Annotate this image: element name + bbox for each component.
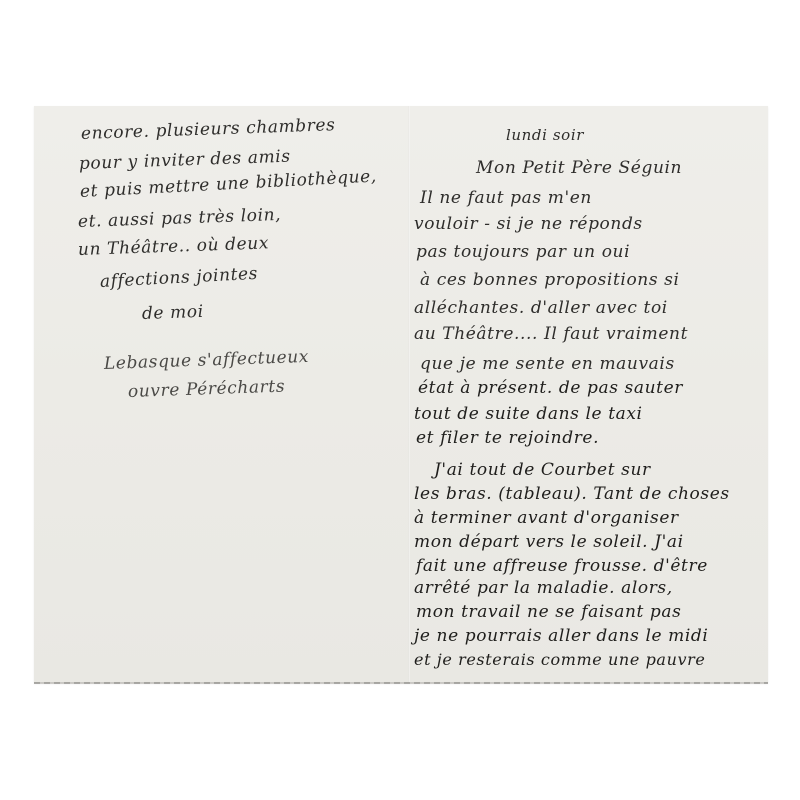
salutation: Mon Petit Père Séguin: [476, 158, 682, 178]
right-line-13: à terminer avant d'organiser: [414, 508, 679, 528]
right-line-16: arrêté par la maladie. alors,: [414, 578, 673, 598]
right-line-15: fait une affreuse frousse. d'être: [416, 556, 708, 576]
right-line-2: vouloir - si je ne réponds: [414, 214, 643, 234]
right-line-7: que je me sente en mauvais: [420, 354, 675, 374]
right-line-1: Il ne faut pas m'en: [420, 188, 592, 208]
left-line-8: Lebasque s'affectueux: [104, 347, 310, 374]
right-line-5: alléchantes. d'aller avec toi: [414, 298, 668, 318]
right-line-10: et filer te rejoindre.: [416, 428, 599, 448]
right-line-18: je ne pourrais aller dans le midi: [414, 626, 708, 646]
left-line-2: pour y inviter des amis: [79, 147, 291, 174]
right-page: lundi soir Mon Petit Père Séguin Il ne f…: [410, 106, 768, 683]
right-line-12: les bras. (tableau). Tant de choses: [414, 484, 730, 504]
right-line-8: état à présent. de pas sauter: [418, 378, 683, 398]
right-line-9: tout de suite dans le taxi: [414, 404, 643, 424]
left-line-7: de moi: [142, 302, 204, 324]
letter-sheet: encore. plusieurs chambres pour y invite…: [34, 106, 768, 683]
right-line-14: mon départ vers le soleil. J'ai: [414, 532, 684, 552]
left-line-5: un Théâtre.. où deux: [78, 233, 270, 260]
right-line-11: J'ai tout de Courbet sur: [434, 460, 651, 480]
left-line-4: et. aussi pas très loin,: [78, 205, 282, 232]
left-line-6: affections jointes: [99, 264, 258, 292]
left-line-9: ouvre Pérécharts: [128, 377, 286, 402]
left-page: encore. plusieurs chambres pour y invite…: [34, 106, 408, 683]
right-line-4: à ces bonnes propositions si: [420, 270, 680, 290]
right-line-19: et je resterais comme une pauvre: [414, 650, 705, 669]
right-line-3: pas toujours par un oui: [416, 242, 630, 262]
right-line-6: au Théâtre.... Il faut vraiment: [414, 324, 688, 344]
left-line-1: encore. plusieurs chambres: [81, 115, 336, 144]
right-line-17: mon travail ne se faisant pas: [416, 602, 681, 622]
dateline: lundi soir: [506, 126, 584, 144]
photo-stage: encore. plusieurs chambres pour y invite…: [0, 0, 800, 800]
